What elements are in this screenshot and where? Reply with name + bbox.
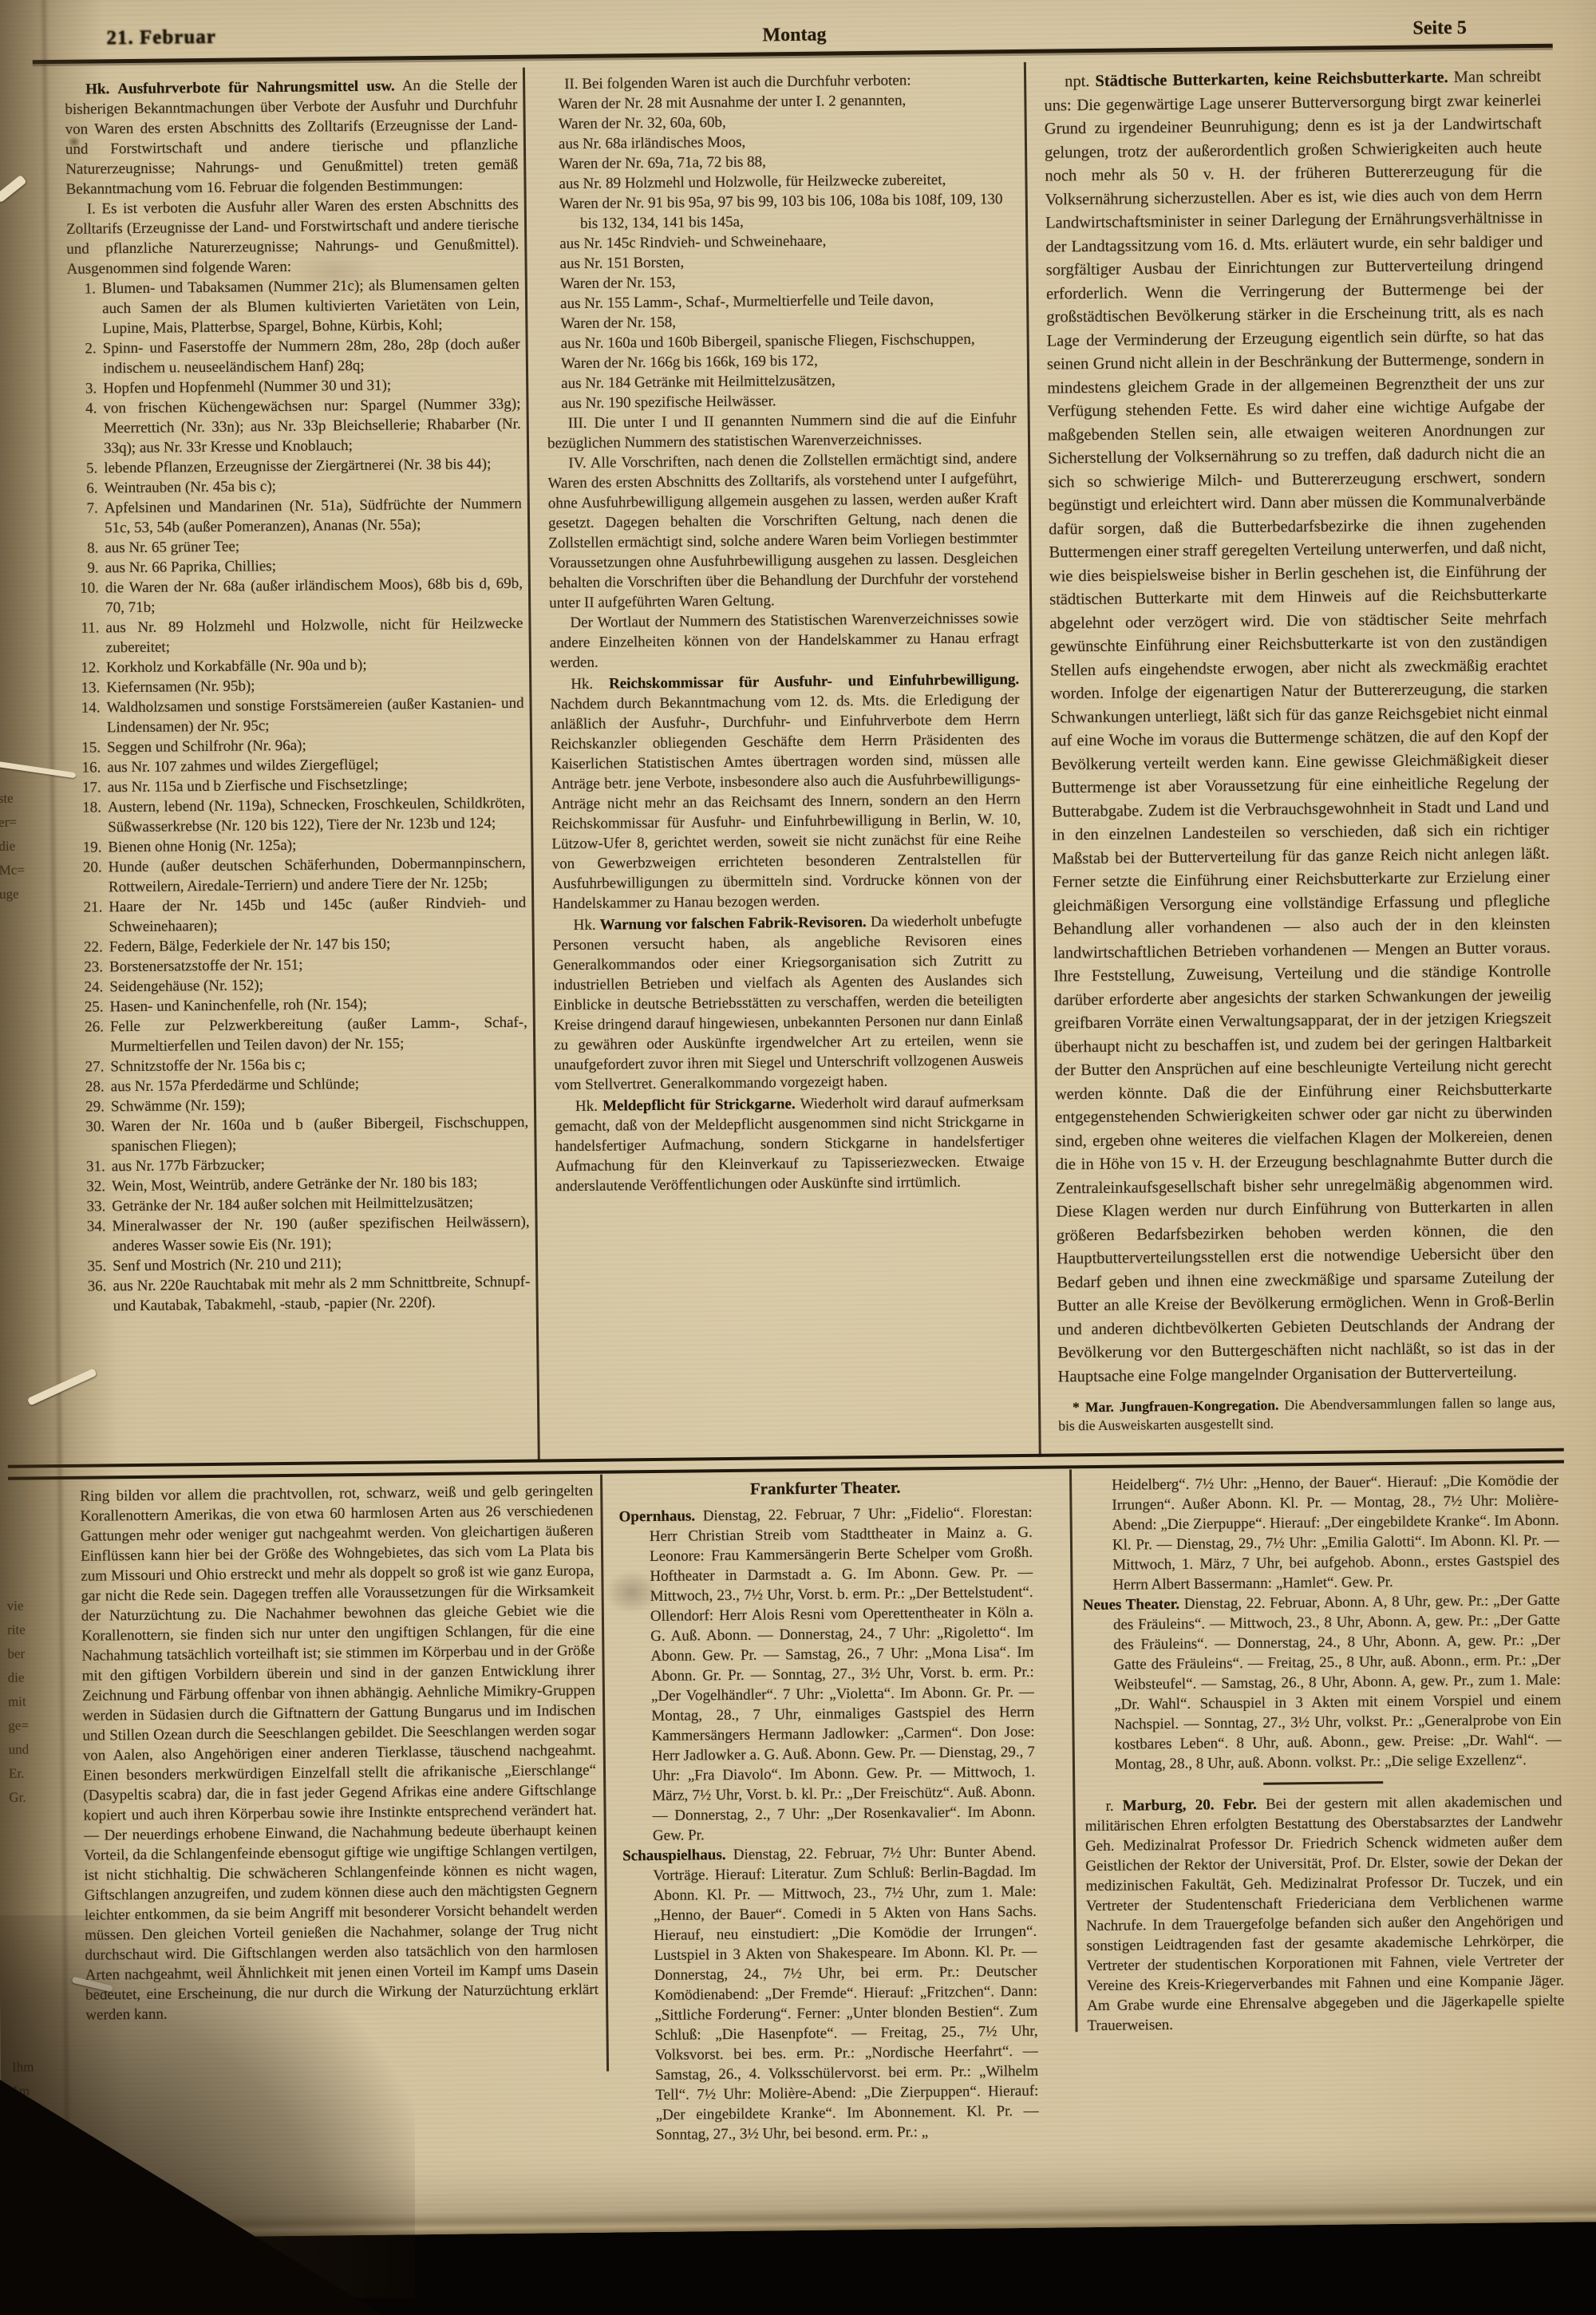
notice-text: Da wiederholt unbefugte Personen versuch… [553,912,1024,1093]
item-number: 35. [77,1256,113,1276]
margin-fragments: vieriteberdiemitge=undEr.Gr. [7,1594,48,1810]
item-number: 31. [77,1156,112,1176]
article-kicker: npt. [1065,73,1090,90]
margin-fragment: ber [7,1641,45,1666]
item-text: Felle zur Pelzwerkbereitung (außer Lamm-… [110,1013,528,1057]
report-kicker: r. [1105,1798,1113,1815]
item-number: 36. [77,1276,113,1316]
notice-title: Warnung vor falschen Fabrik-Revisoren. [600,914,867,934]
list-item: 36.aus Nr. 220e Rauchtabak mit mehr als … [77,1272,531,1317]
item-number: 34. [77,1216,113,1256]
exempt-goods-list: 1.Blumen- und Tabaksamen (Nummer 21c); a… [67,275,531,1317]
column-divider [1024,62,1041,1457]
notice-kicker: Hk. [575,1098,598,1115]
list-item: 10.die Waren der Nr. 68a (außer irländis… [70,574,523,618]
section-III-paragraph: III. Die unter I und II genannten Nummer… [547,409,1017,453]
venue-lead: Neues Theater. [1083,1596,1180,1614]
item-number: 20. [73,857,109,897]
item-text: aus Nr. 220e Rauchtabak mit mehr als 2 m… [113,1272,531,1317]
item-number: 33. [77,1196,112,1216]
page-header-day: Montag [710,24,878,47]
margin-fragment: Mc= [0,858,38,883]
item-number: 3. [68,378,103,398]
congregation-note: * Mar. Jungfrauen-Kongregation. Die Aben… [1058,1393,1555,1435]
column-divider [1069,1469,1078,2032]
item-number: 2. [68,338,104,378]
item-number: 22. [74,937,109,957]
item-text: Waren der Nr. 160a und b (außer Bibergei… [111,1112,529,1157]
venue-schedule: Dienstag, 22. Februar, Abonn. A, 8 Uhr, … [1113,1592,1562,1773]
notice-title: Reichskommissar für Ausfuhr- und Einfuhr… [609,671,1019,693]
item-text: Austern, lebend (Nr. 119a), Schnecken, F… [108,793,526,838]
notice-kicker: Hk. [573,917,595,934]
marburg-report: r. Marburg, 20. Febr. Bei der gestern mi… [1084,1792,1564,2036]
article-export-bans-intro: Hk. Ausfuhrverbote für Nahrungsmittel us… [65,75,519,200]
item-number: 24. [74,977,109,997]
article-kicker: Hk. [85,81,109,97]
item-text: aus Nr. 89 Holzmehl und Holzwolle, nicht… [105,614,523,658]
margin-fragment: Ihm [12,2055,50,2080]
item-number: 14. [71,697,107,737]
column-divider [600,1475,609,2072]
report-text: Bei der gestern mit allen akademischen u… [1085,1793,1565,2034]
margin-fragments: steer=dieMc=uge [0,786,38,907]
venue-schedule: Dienstag, 22. Februar, 7 Uhr: „Fidelio“.… [650,1504,1036,1844]
margin-fragment: mit [8,1689,46,1714]
list-item: 30.Waren der Nr. 160a und b (außer Biber… [76,1112,529,1157]
article-title: Ausfuhrverbote für Nahrungsmittel usw. [117,77,394,97]
item-text: Mineralwasser der Nr. 190 (außer spezifi… [112,1212,530,1257]
item-text: Blumen- und Tabaksamen (Nummer 21c); als… [102,275,520,339]
item-number: 27. [75,1057,110,1077]
neues-theater-entry: Neues Theater. Dienstag, 22. Februar, Ab… [1083,1590,1562,1775]
section-V-paragraph: Der Wortlaut der Nummern des Statistisch… [549,608,1019,673]
venue-schedule: Dienstag, 22. Februar, 7½ Uhr: Bunter Ab… [653,1843,1038,2143]
list-item: 18.Austern, lebend (Nr. 119a), Schnecken… [73,793,526,838]
report-dateline: Marburg, 20. Febr. [1123,1796,1257,1815]
margin-fragment: und [9,1737,47,1762]
item-number: 21. [73,897,109,937]
list-item: 1.Blumen- und Tabaksamen (Nummer 21c); a… [67,275,520,339]
snakes-text: Ring bilden vor allem die prachtvollen, … [80,1481,598,2025]
column-export-bans: Hk. Ausfuhrverbote für Nahrungsmittel us… [65,75,532,1462]
theater-section-header: Frankfurter Theater. [618,1476,1032,1501]
item-number: 5. [69,458,104,478]
schauspielhaus-entry: Schauspielhaus. Dienstag, 22. Februar, 7… [622,1842,1039,2146]
item-number: 9. [70,558,105,578]
item-number: 32. [77,1176,112,1196]
opernhaus-entry: Opernhaus. Dienstag, 22. Februar, 7 Uhr:… [618,1503,1036,1847]
scanned-newspaper-page: 21. Februar Montag Seite 5 Hk. Ausfuhrve… [0,0,1596,2315]
margin-fragment: ste [0,786,37,811]
schedule-continuation: Heidelberg“. 7½ Uhr: „Henno, der Bauer“.… [1081,1471,1560,1595]
item-text: Haare der Nr. 145b und 145c (außer Rindv… [109,893,527,938]
margin-fragment: rite [7,1618,45,1642]
item-number: 7. [69,498,105,538]
list-item: 14.Waldholzsamen und sonstige Forstsämer… [71,693,524,738]
section-I-paragraph: I. Es ist verboten die Ausfuhr aller War… [66,195,519,279]
item-number: 29. [76,1096,111,1116]
venue-lead: Opernhaus. [618,1507,695,1525]
item-number: 15. [72,737,107,757]
notice-title: Meldepflicht für Strickgarne. [602,1096,796,1115]
item-number: 18. [73,797,109,837]
section-IV-paragraph: IV. Alle Vorschriften, nach denen die Zo… [547,448,1018,613]
column-butter-cards: npt. Städtische Butterkarten, keine Reic… [1044,64,1556,1452]
page-header-date: 21. Februar [106,26,216,49]
note-title: * Mar. Jungfrauen-Kongregation. [1073,1397,1279,1416]
notice-article: Hk. Warnung vor falschen Fabrik-Revisore… [552,911,1023,1095]
article-text: Man schreibt uns: Die gegenwärtige Lage … [1044,68,1555,1385]
binding-thread [0,760,76,778]
list-item: 4.von frischen Küchengewächsen nur: Spar… [68,394,521,459]
item-text: Spinn- und Faserstoffe der Nummern 28m, … [103,334,521,379]
item-number: 10. [70,578,106,618]
margin-fragment: er= [0,810,37,835]
item-number: 8. [69,538,105,558]
item-text: Hunde (außer deutschen Schäferhunden, Do… [109,853,527,898]
notice-article: Hk. Meldepflicht für Strickgarne. Wieder… [555,1092,1025,1196]
transit-goods-list: Waren der Nr. 28 mit Ausnahme der unter … [543,89,1016,413]
margin-fragment: ge= [8,1713,46,1738]
item-number: 12. [71,658,106,678]
item-number: 26. [75,1017,111,1057]
article-title: Städtische Butterkarten, keine Reichsbut… [1095,69,1448,90]
item-number: 13. [71,678,106,697]
notice-kicker: Hk. [571,676,593,693]
item-number: 25. [74,997,109,1017]
item-text: Waldholzsamen und sonstige Forstsämereie… [106,693,524,738]
item-text: die Waren der Nr. 68a (außer irländische… [105,574,523,618]
margin-fragment: Gr. [9,1785,47,1810]
column-transit-bans: II. Bei folgenden Waren ist auch die Dur… [543,69,1028,1456]
column-snakes-feature: Ring bilden vor allem die prachtvollen, … [80,1481,599,2089]
list-item: 2.Spinn- und Faserstoffe der Nummern 28m… [68,334,521,379]
binding-crease [42,0,70,2238]
notice-article: Hk. Reichskommissar für Ausfuhr- und Ein… [550,670,1021,914]
item-number: 23. [74,957,109,977]
list-item: 26.Felle zur Pelzwerkbereitung (außer La… [75,1013,528,1057]
list-item: 21.Haare der Nr. 145b und 145c (außer Ri… [73,893,527,938]
venue-lead: Schauspielhaus. [622,1847,726,1864]
list-item: 7.Apfelsinen und Mandarinen (Nr. 51a), S… [69,494,523,539]
list-item: 34.Mineralwasser der Nr. 190 (außer spez… [77,1212,530,1257]
column-frankfurter-theater: Frankfurter Theater. Opernhaus. Dienstag… [618,1476,1040,2212]
binding-thread [0,175,27,203]
item-number: 17. [73,777,108,797]
list-item: 20.Hunde (außer deutschen Schäferhunden,… [73,853,527,898]
margin-fragment: vie [7,1594,45,1618]
margin-fragment: die [8,1665,46,1690]
margin-fragment: Er. [9,1761,47,1786]
item-number: 30. [76,1116,112,1156]
transit-line: Waren der Nr. 91 bis 95a, 97 bis 99, 103… [545,189,1015,234]
chamber-notices: Hk. Reichskommissar für Ausfuhr- und Ein… [550,670,1025,1196]
item-text: Apfelsinen und Mandarinen (Nr. 51a), Süd… [105,494,523,539]
page-number: Seite 5 [1412,18,1467,40]
item-number: 11. [70,618,106,658]
margin-fragment: uge [0,882,38,907]
notice-text: Nachdem durch Bekanntmachung vom 12. ds.… [550,691,1021,912]
item-number: 19. [73,837,108,857]
column-theater-right: Heidelberg“. 7½ Uhr: „Henno, der Bauer“.… [1081,1471,1566,2198]
small-divider-rule [1263,1781,1383,1785]
item-number: 4. [68,398,104,458]
paper-sheet: 21. Februar Montag Seite 5 Hk. Ausfuhrve… [0,0,1596,2239]
item-number: 16. [72,757,107,777]
margin-fragment: die [0,834,38,859]
list-item: 11.aus Nr. 89 Holzmehl und Holzwolle, ni… [70,614,523,658]
item-number: 28. [76,1077,111,1096]
item-text: von frischen Küchengewächsen nur: Sparge… [103,394,521,459]
item-number: 6. [69,478,104,498]
header-rule [33,44,1553,65]
butter-article: npt. Städtische Butterkarten, keine Reic… [1044,65,1555,1389]
item-number: 1. [67,279,103,338]
